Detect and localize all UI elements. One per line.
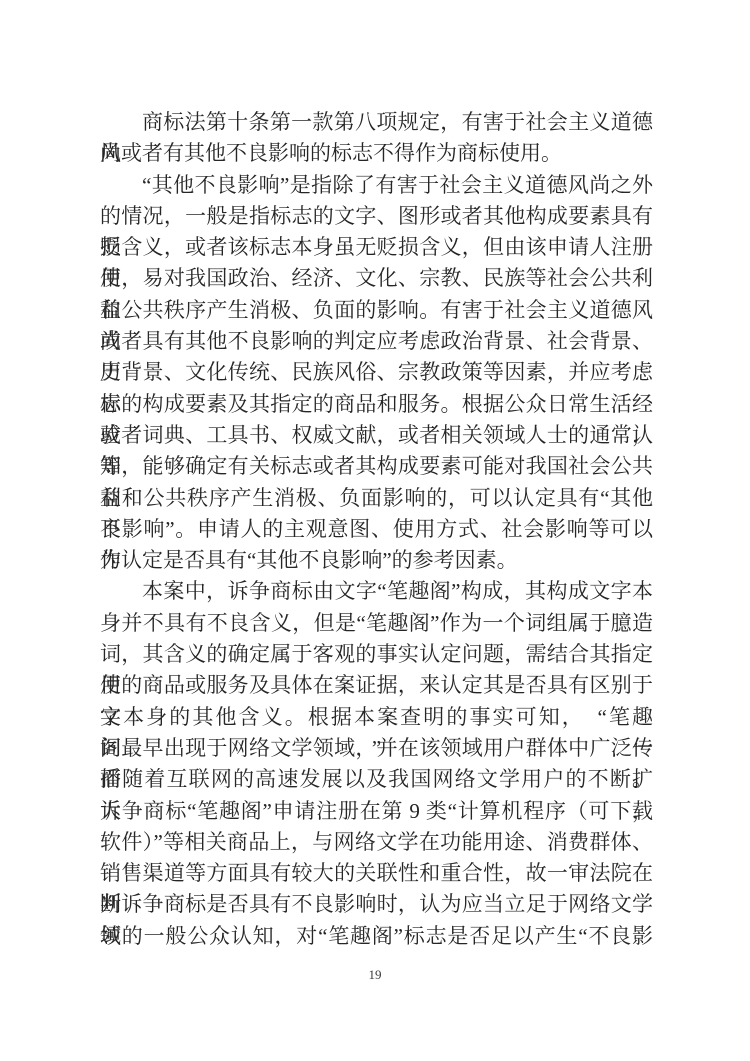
text-line: 字本身的其他含义。根据本案查明的事实可知， “笔趣阁”一 xyxy=(100,702,653,733)
text-line: 良影响”。申请人的主观意图、使用方式、社会影响等可以作 xyxy=(100,514,653,545)
document-page: 商标法第十条第一款第八项规定，有害于社会主义道德风尚或者有其他不良影响的标志不得… xyxy=(0,0,750,1061)
text-line: 域的一般公众认知，对“笔趣阁”标志是否足以产生“不良影 xyxy=(100,921,653,952)
paragraph: 商标法第十条第一款第八项规定，有害于社会主义道德风尚或者有其他不良影响的标志不得… xyxy=(100,107,653,170)
text-line: 词，其含义的确定属于客观的事实认定问题，需结合其指定使 xyxy=(100,639,653,670)
text-line: “其他不良影响”是指除了有害于社会主义道德风尚之外 xyxy=(100,170,653,201)
text-line: 软件）”等相关商品上，与网络文学在功能用途、消费群体、 xyxy=(100,827,653,858)
text-line: 史背景、文化传统、民族风俗、宗教政策等因素，并应考虑标 xyxy=(100,357,653,388)
text-line: 用，易对我国政治、经济、文化、宗教、民族等社会公共利益 xyxy=(100,263,653,294)
text-line: 或者具有其他不良影响的判定应考虑政治背景、社会背景、历 xyxy=(100,326,653,357)
text-line: 身并不具有不良含义，但是“笔趣阁”作为一个词组属于臆造 xyxy=(100,608,653,639)
text-line: 的情况，一般是指标志的文字、图形或者其他构成要素具有贬 xyxy=(100,201,653,232)
text-line: 损含义，或者该标志本身虽无贬损含义，但由该申请人注册使 xyxy=(100,232,653,263)
text-line: 诉争商标“笔趣阁”申请注册在第 9 类“计算机程序（可下载 xyxy=(100,796,653,827)
text-line: 断诉争商标是否具有不良影响时，认为应当立足于网络文学领 xyxy=(100,889,653,920)
text-line: 商标法第十条第一款第八项规定，有害于社会主义道德风 xyxy=(100,107,653,138)
text-line: 志的构成要素及其指定的商品和服务。根据公众日常生活经验， xyxy=(100,389,653,420)
text-line: 等，能够确定有关标志或者其构成要素可能对我国社会公共利 xyxy=(100,451,653,482)
text-line: 销售渠道等方面具有较大的关联性和重合性，故一审法院在判 xyxy=(100,858,653,889)
paragraph: “其他不良影响”是指除了有害于社会主义道德风尚之外的情况，一般是指标志的文字、图… xyxy=(100,170,653,577)
text-line: 尚或者有其他不良影响的标志不得作为商标使用。 xyxy=(100,138,653,169)
text-line: 为认定是否具有“其他不良影响”的参考因素。 xyxy=(100,545,653,576)
text-body: 商标法第十条第一款第八项规定，有害于社会主义道德风尚或者有其他不良影响的标志不得… xyxy=(100,107,653,952)
text-line: 或者词典、工具书、权威文献，或者相关领域人士的通常认知 xyxy=(100,420,653,451)
text-line: 而随着互联网的高速发展以及我国网络文学用户的不断扩大， xyxy=(100,764,653,795)
paragraph: 本案中，诉争商标由文字“笔趣阁”构成，其构成文字本身并不具有不良含义，但是“笔趣… xyxy=(100,576,653,952)
text-line: 用的商品或服务及具体在案证据，来认定其是否具有区别于文 xyxy=(100,670,653,701)
text-line: 本案中，诉争商标由文字“笔趣阁”构成，其构成文字本 xyxy=(100,576,653,607)
text-line: 词最早出现于网络文学领域，并在该领域用户群体中广泛传播。 xyxy=(100,733,653,764)
text-line: 和公共秩序产生消极、负面的影响。有害于社会主义道德风尚 xyxy=(100,295,653,326)
page-number: 19 xyxy=(0,967,750,983)
text-line: 益和公共秩序产生消极、负面影响的，可以认定具有“其他不 xyxy=(100,483,653,514)
